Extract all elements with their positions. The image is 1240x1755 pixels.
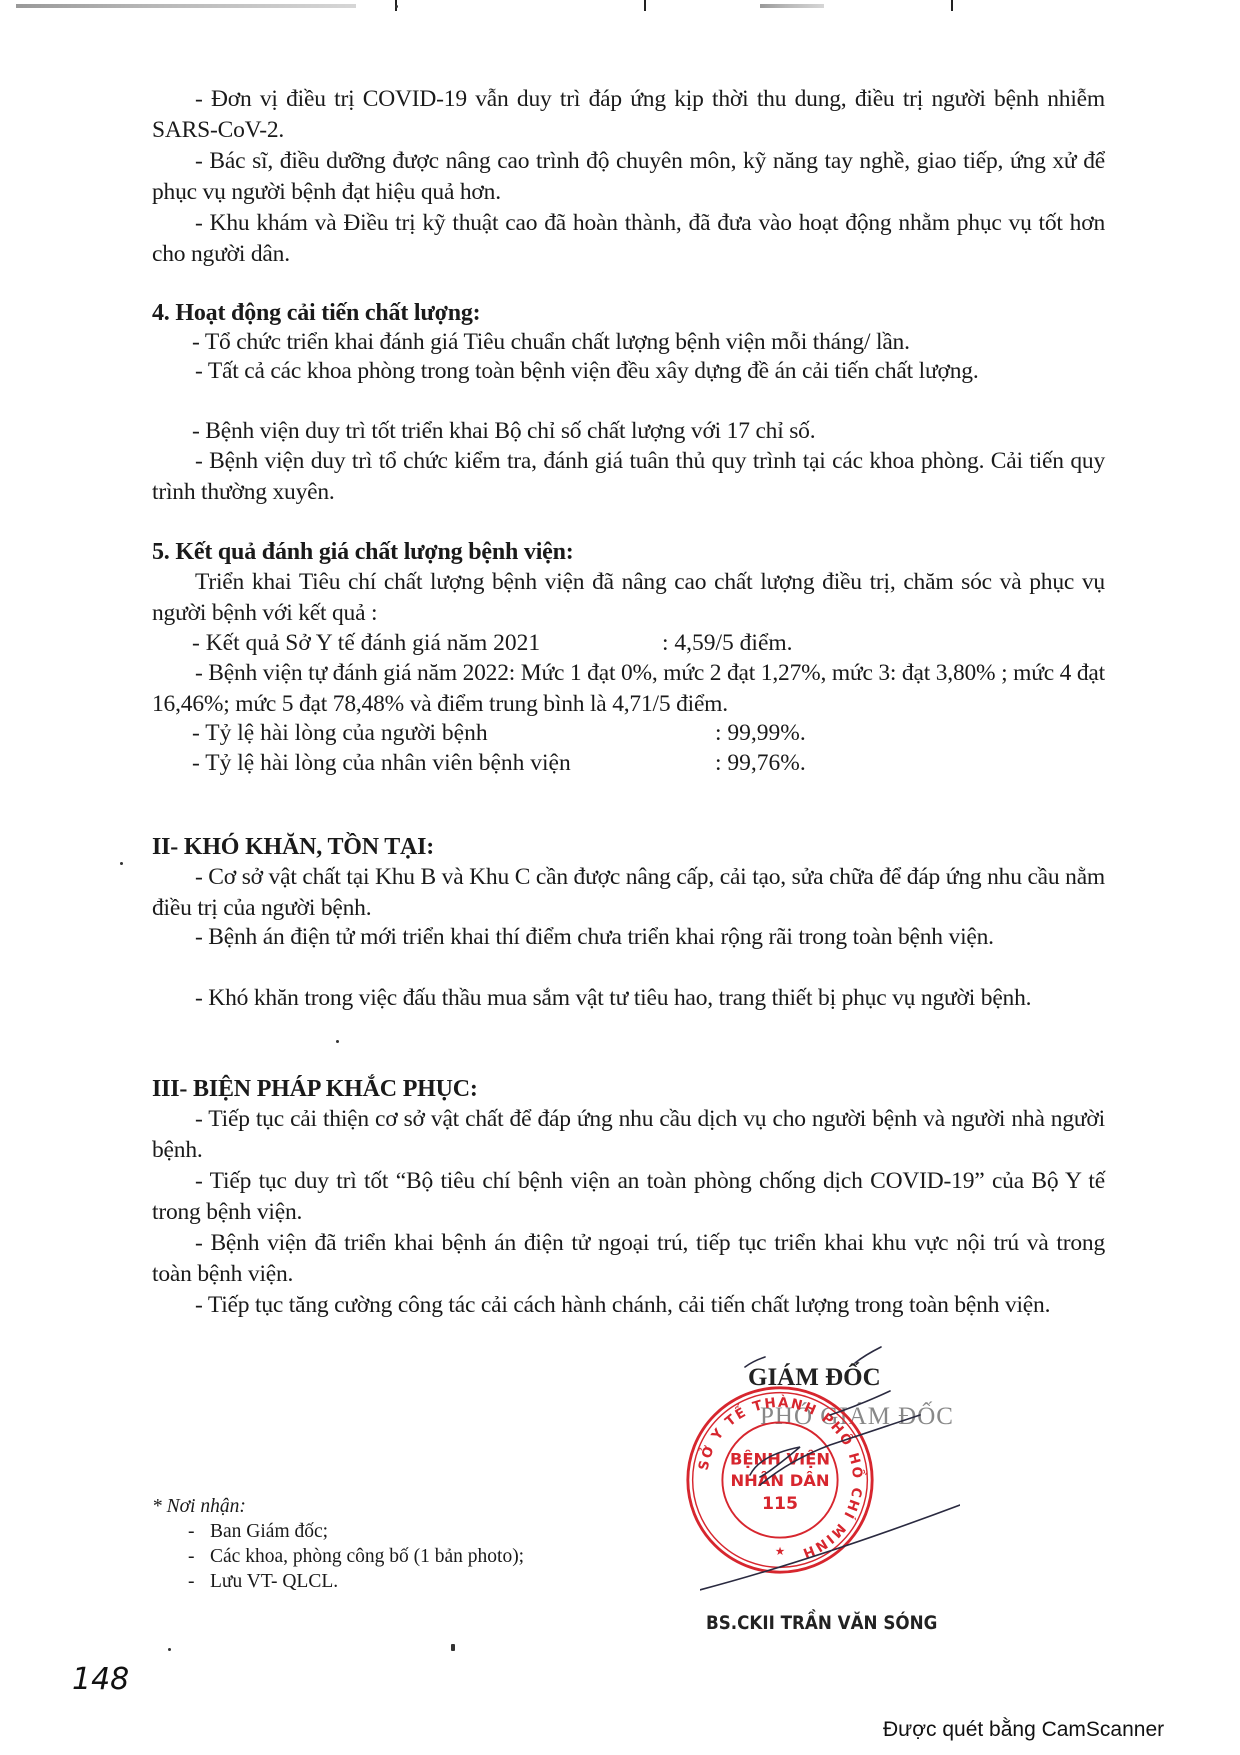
section5-intro: Triển khai Tiêu chí chất lượng bệnh viện… bbox=[152, 567, 1105, 629]
intro-bullet: - Khu khám và Điều trị kỹ thuật cao đã h… bbox=[152, 208, 1105, 270]
handwritten-page-number: 148 bbox=[72, 1662, 129, 1697]
section4-bullet: - Bệnh viện duy trì tổ chức kiểm tra, đá… bbox=[152, 446, 1105, 508]
scan-dot bbox=[395, 5, 398, 8]
intro-bullet: - Bác sĩ, điều dưỡng được nâng cao trình… bbox=[152, 146, 1105, 208]
scan-tick bbox=[951, 0, 953, 11]
section4-bullet: - Tổ chức triển khai đánh giá Tiêu chuẩn… bbox=[192, 327, 910, 358]
recipients-label: * Nơi nhận: bbox=[152, 1494, 524, 1519]
scan-noise bbox=[16, 4, 356, 8]
satisfaction-value: : 99,76%. bbox=[715, 748, 806, 779]
recipient-item: Các khoa, phòng công bố (1 bản photo); bbox=[152, 1544, 524, 1569]
signatory-name: BS.CKII TRẦN VĂN SÓNG bbox=[706, 1612, 937, 1634]
result-label: - Kết quả Sở Y tế đánh giá năm 2021 bbox=[192, 630, 540, 656]
sectionIII-bullet: - Bệnh viện đã triển khai bệnh án điện t… bbox=[152, 1228, 1105, 1290]
section-heading: 4. Hoạt động cải tiến chất lượng: bbox=[152, 298, 480, 329]
sectionII-bullet: - Khó khăn trong việc đấu thầu mua sắm v… bbox=[152, 983, 1105, 1014]
sectionIII-bullet: - Tiếp tục cải thiện cơ sở vật chất để đ… bbox=[152, 1104, 1105, 1166]
sectionIII-bullet: - Tiếp tục tăng cường công tác cải cách … bbox=[152, 1290, 1105, 1321]
sectionIII-bullet: - Tiếp tục duy trì tốt “Bộ tiêu chí bệnh… bbox=[152, 1166, 1105, 1228]
section4-bullet: - Bệnh viện duy trì tốt triển khai Bộ ch… bbox=[192, 416, 815, 447]
satisfaction-label: - Tỷ lệ hài lòng của nhân viên bệnh viện bbox=[192, 750, 571, 776]
section-heading: III- BIỆN PHÁP KHẮC PHỤC: bbox=[152, 1074, 478, 1105]
intro-bullet: - Đơn vị điều trị COVID-19 vẫn duy trì đ… bbox=[152, 84, 1105, 146]
scan-dot bbox=[120, 862, 123, 865]
satisfaction-row: - Tỷ lệ hài lòng của người bệnh : 99,99%… bbox=[192, 718, 1092, 749]
section4-bullet: - Tất cả các khoa phòng trong toàn bệnh … bbox=[152, 356, 1105, 387]
scan-noise bbox=[760, 4, 824, 8]
section-heading: II- KHÓ KHĂN, TỒN TẠI: bbox=[152, 832, 434, 863]
sectionII-bullet: - Bệnh án điện tử mới triển khai thí điể… bbox=[152, 922, 1105, 953]
satisfaction-label: - Tỷ lệ hài lòng của người bệnh bbox=[192, 720, 488, 746]
sectionII-bullet: - Cơ sở vật chất tại Khu B và Khu C cần … bbox=[152, 862, 1105, 924]
satisfaction-row: - Tỷ lệ hài lòng của nhân viên bệnh viện… bbox=[192, 748, 1092, 779]
scan-dot bbox=[451, 1644, 455, 1651]
scan-dot bbox=[168, 1648, 171, 1651]
result-row: - Kết quả Sở Y tế đánh giá năm 2021 : 4,… bbox=[192, 628, 1092, 659]
camscanner-watermark: Được quét bằng CamScanner bbox=[883, 1718, 1164, 1742]
result-value: : 4,59/5 điểm. bbox=[662, 628, 793, 659]
handwritten-signature bbox=[700, 1345, 960, 1605]
recipient-item: Ban Giám đốc; bbox=[152, 1519, 524, 1544]
recipient-item: Lưu VT- QLCL. bbox=[152, 1569, 524, 1594]
satisfaction-value: : 99,99%. bbox=[715, 718, 806, 749]
scan-dot bbox=[336, 1040, 339, 1043]
scan-tick bbox=[644, 0, 646, 11]
recipients-block: * Nơi nhận: Ban Giám đốc; Các khoa, phòn… bbox=[152, 1494, 524, 1594]
self-assessment: - Bệnh viện tự đánh giá năm 2022: Mức 1 … bbox=[152, 658, 1105, 720]
section-heading: 5. Kết quả đánh giá chất lượng bệnh viện… bbox=[152, 537, 574, 568]
scan-artifact-top bbox=[0, 0, 1240, 14]
